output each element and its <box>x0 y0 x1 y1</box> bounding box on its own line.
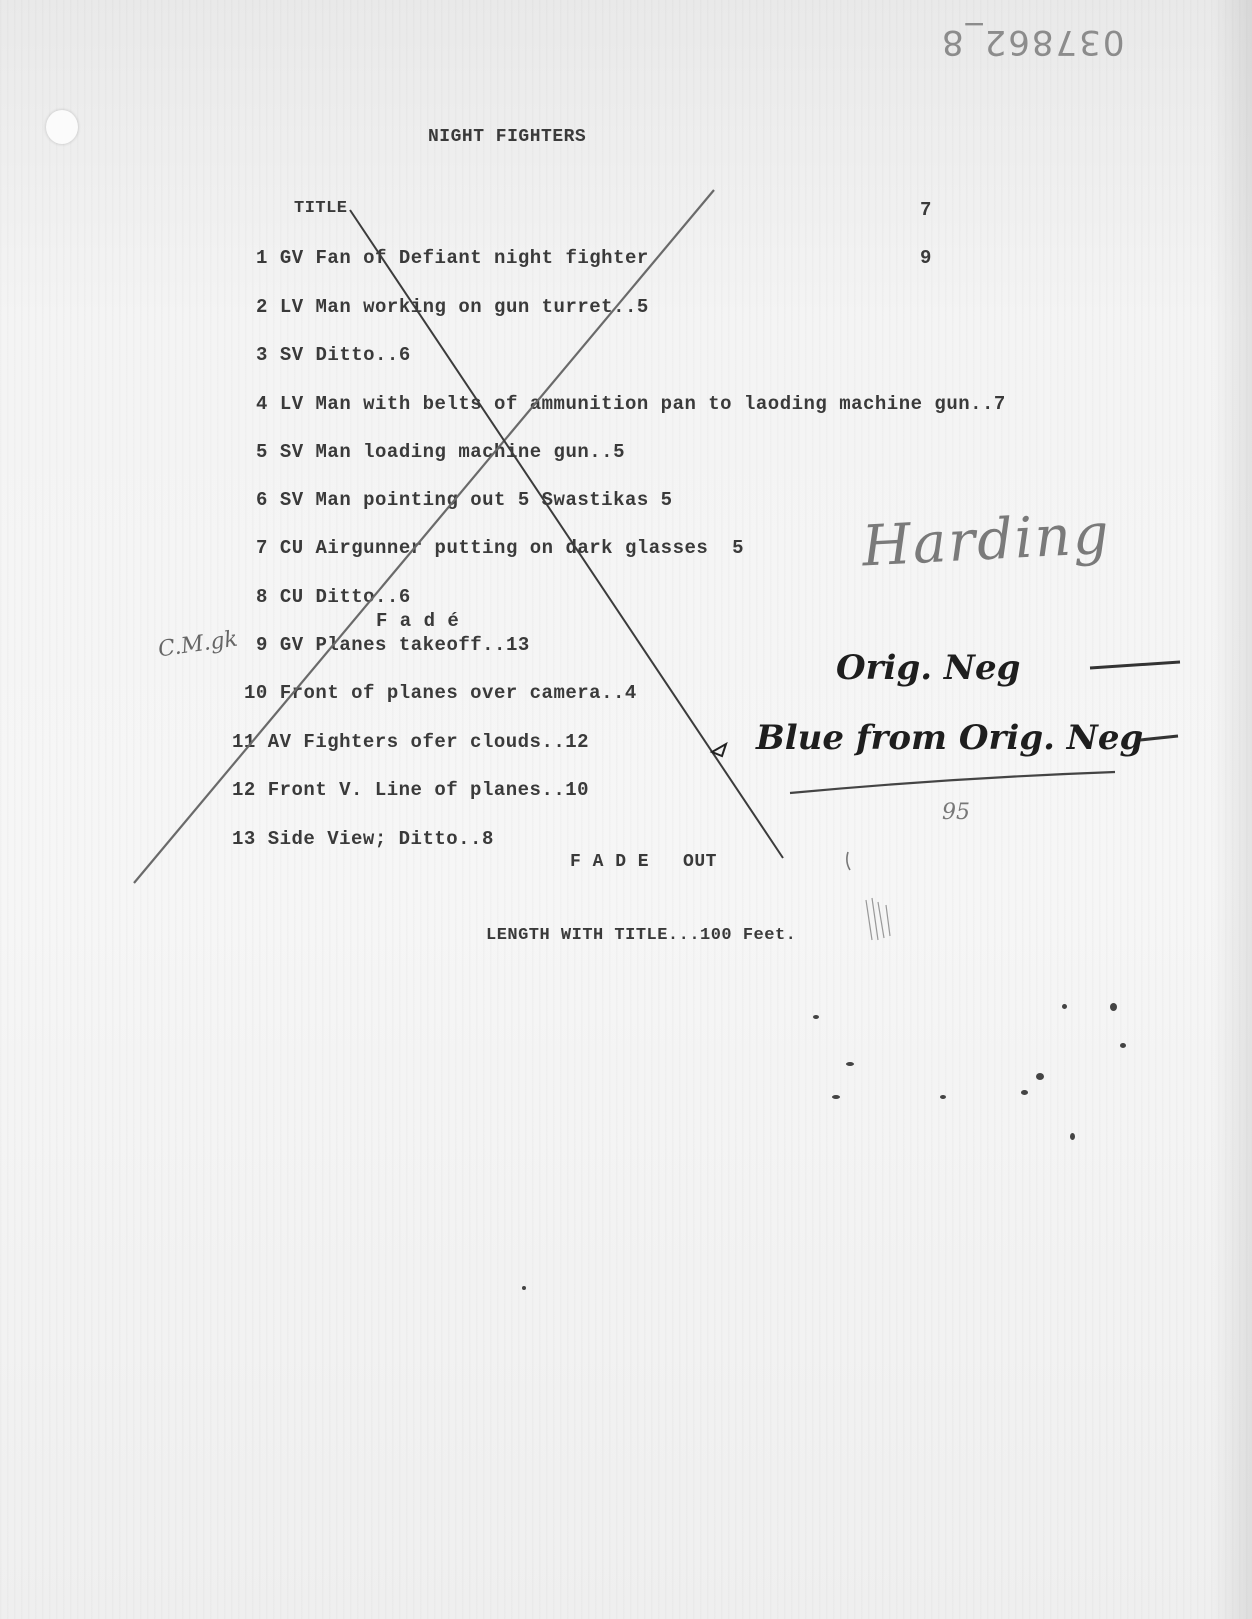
underline-orig-neg <box>1090 662 1180 668</box>
ink-speck <box>522 1286 526 1290</box>
cross-out-stroke-1 <box>134 190 714 883</box>
ink-speck <box>1021 1090 1028 1095</box>
ink-speck <box>1036 1073 1044 1080</box>
ink-speck <box>1062 1004 1067 1009</box>
ink-speck <box>813 1015 819 1019</box>
ink-speck <box>832 1095 840 1099</box>
ink-speck <box>1110 1003 1117 1011</box>
pen-strokes <box>0 0 1252 1619</box>
underline-stroke <box>790 772 1115 793</box>
ink-speck <box>846 1062 854 1066</box>
underline-blue-neg <box>1140 736 1178 740</box>
pencil-mark <box>847 852 850 870</box>
document-page: 037862_8 NIGHT FIGHTERS TITLE 7 1 GV Fan… <box>0 0 1252 1619</box>
pencil-hatching <box>866 898 890 940</box>
ink-speck <box>1070 1133 1075 1140</box>
ink-speck <box>940 1095 946 1099</box>
cross-out-stroke-2 <box>350 210 783 858</box>
ink-speck <box>1120 1043 1126 1048</box>
